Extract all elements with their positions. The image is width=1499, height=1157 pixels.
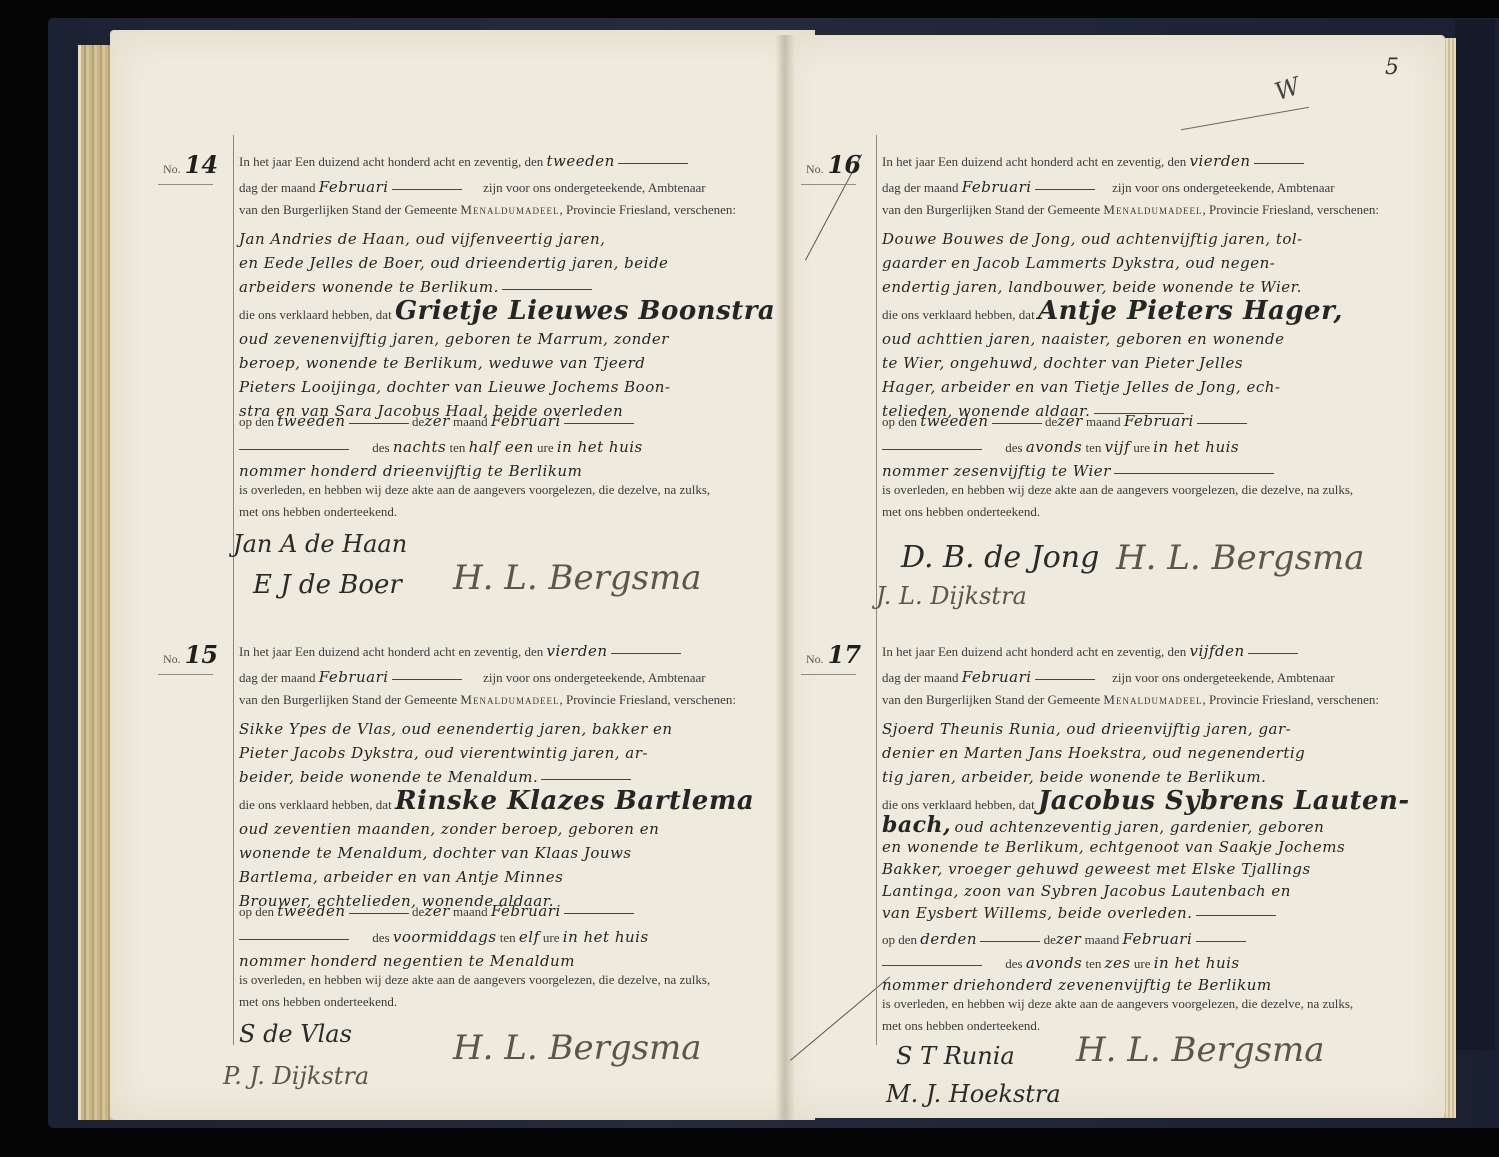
signature: P. J. Dijkstra bbox=[223, 1062, 369, 1090]
signature: M. J. Hoekstra bbox=[886, 1080, 1061, 1108]
blank-line bbox=[392, 679, 462, 680]
margin-rule bbox=[233, 625, 234, 1045]
signature: S T Runia bbox=[896, 1042, 1015, 1070]
blank-line bbox=[1254, 163, 1304, 164]
number-rule bbox=[158, 184, 213, 185]
entry-number: No.16 bbox=[806, 150, 876, 179]
number-rule bbox=[158, 674, 213, 675]
number-rule bbox=[801, 184, 856, 185]
blank-line bbox=[564, 423, 634, 424]
signatures: S T Runia M. J. Hoekstra H. L. Bergsma bbox=[876, 1040, 1396, 1157]
signature-official: H. L. Bergsma bbox=[453, 558, 702, 598]
line-registrar: van den Burgerlijken Stand der Gemeente … bbox=[882, 202, 1381, 232]
book-cover-edge bbox=[1455, 20, 1495, 1050]
deceased-name: Antje Pieters Hager, bbox=[1038, 296, 1343, 326]
line-registrar: van den Burgerlijken Stand der Gemeente … bbox=[882, 692, 1381, 722]
deceased-name: Grietje Lieuwes Boonstra bbox=[395, 296, 775, 326]
blank-line bbox=[1035, 189, 1095, 190]
line-registrar: van den Burgerlijken Stand der Gemeente … bbox=[239, 202, 813, 232]
blank-line bbox=[349, 423, 409, 424]
entry-number: No.17 bbox=[806, 640, 876, 669]
blank-line bbox=[882, 449, 982, 450]
signature: S de Vlas bbox=[239, 1020, 352, 1048]
signature: E J de Boer bbox=[253, 570, 402, 600]
blank-line bbox=[1248, 653, 1298, 654]
blank-line bbox=[502, 289, 592, 290]
blank-line bbox=[1035, 679, 1095, 680]
signatures: S de Vlas P. J. Dijkstra H. L. Bergsma bbox=[233, 1020, 753, 1140]
blank-line bbox=[980, 941, 1040, 942]
blank-line bbox=[564, 913, 634, 914]
blank-line bbox=[992, 423, 1042, 424]
blank-line bbox=[1197, 423, 1247, 424]
number-rule bbox=[801, 674, 856, 675]
blank-line bbox=[882, 965, 982, 966]
signature: D. B. de Jong bbox=[901, 540, 1099, 575]
blank-line bbox=[239, 449, 349, 450]
signature: J. L. Dijkstra bbox=[876, 582, 1027, 610]
line-registrar: van den Burgerlijken Stand der Gemeente … bbox=[239, 692, 813, 722]
blank-line bbox=[349, 913, 409, 914]
blank-line bbox=[618, 163, 688, 164]
signatures: D. B. de Jong J. L. Dijkstra H. L. Bergs… bbox=[876, 530, 1396, 650]
page-number: 5 bbox=[1385, 55, 1399, 80]
margin-rule bbox=[876, 625, 877, 1045]
blank-line bbox=[611, 653, 681, 654]
blank-line bbox=[239, 939, 349, 940]
signature-official: H. L. Bergsma bbox=[1076, 1030, 1325, 1070]
blank-line bbox=[1196, 915, 1276, 916]
signature-official: H. L. Bergsma bbox=[453, 1028, 702, 1068]
blank-line bbox=[1114, 473, 1274, 474]
blank-line bbox=[392, 189, 462, 190]
entry-number: No.15 bbox=[163, 640, 233, 669]
deceased-name: Rinske Klazes Bartlema bbox=[395, 786, 754, 816]
signatures: Jan A de Haan E J de Boer H. L. Bergsma bbox=[233, 530, 753, 650]
blank-line bbox=[1196, 941, 1246, 942]
blank-line bbox=[541, 779, 631, 780]
signature-official: H. L. Bergsma bbox=[1116, 538, 1365, 578]
entry-number: No.14 bbox=[163, 150, 233, 179]
signature: Jan A de Haan bbox=[233, 530, 407, 558]
